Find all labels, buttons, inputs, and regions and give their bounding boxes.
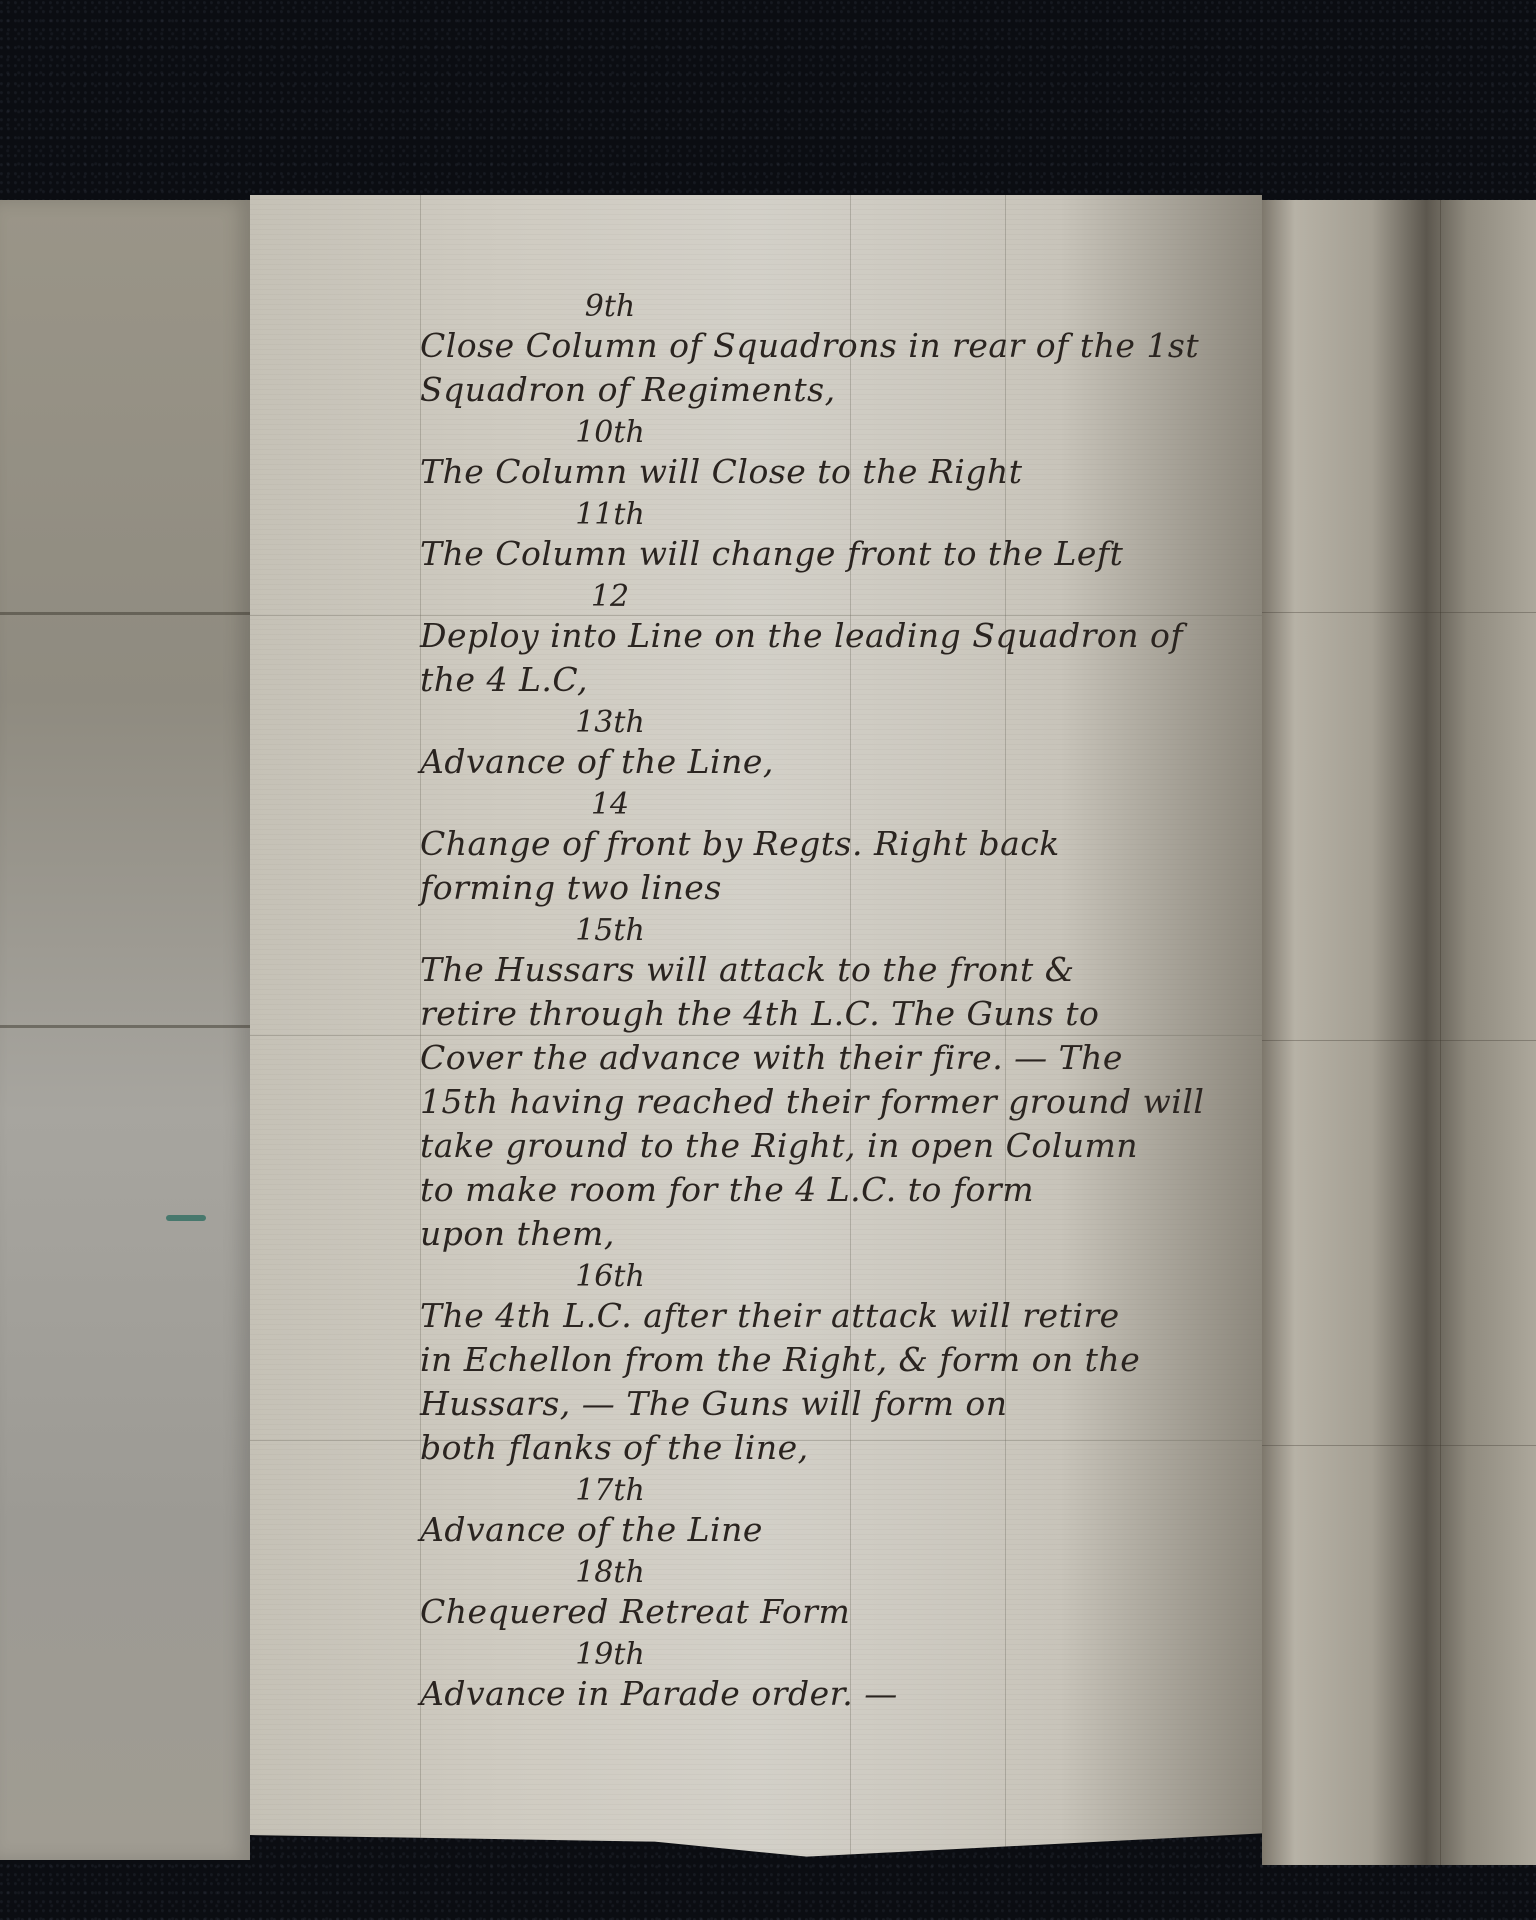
- entry-number: 12: [460, 580, 760, 614]
- entry-number: 19th: [460, 1638, 760, 1672]
- entry-text: Change of front by Regts. Right back for…: [420, 822, 1240, 910]
- fold-line: [1262, 1040, 1536, 1041]
- entry-14: 14 Change of front by Regts. Right back …: [420, 788, 1240, 910]
- entry-text: The 4th L.C. after their attack will ret…: [420, 1294, 1240, 1470]
- entry-15: 15th The Hussars will attack to the fron…: [420, 914, 1240, 1256]
- entry-number: 18th: [460, 1556, 760, 1590]
- entry-19: 19th Advance in Parade order. —: [420, 1638, 1240, 1716]
- entry-number: 17th: [460, 1474, 760, 1508]
- entry-text: The Column will Close to the Right: [420, 450, 1240, 494]
- entry-11: 11th The Column will change front to the…: [420, 498, 1240, 576]
- entry-9: 9th Close Column of Squadrons in rear of…: [420, 290, 1240, 412]
- right-folded-panel: [1262, 200, 1536, 1865]
- fold-line: [1262, 1445, 1536, 1446]
- entry-number: 15th: [460, 914, 760, 948]
- entry-number: 14: [460, 788, 760, 822]
- entry-number: 9th: [460, 290, 760, 324]
- fold-line: [0, 1025, 250, 1028]
- entry-number: 11th: [460, 498, 760, 532]
- entry-12: 12 Deploy into Line on the leading Squad…: [420, 580, 1240, 702]
- fold-line: [0, 612, 250, 615]
- fold-line: [1262, 612, 1536, 613]
- entry-text: Chequered Retreat Form: [420, 1590, 1240, 1634]
- entry-text: Close Column of Squadrons in rear of the…: [420, 324, 1240, 412]
- entry-text: Deploy into Line on the leading Squadron…: [420, 614, 1240, 702]
- entry-17: 17th Advance of the Line: [420, 1474, 1240, 1552]
- entry-text: The Hussars will attack to the front & r…: [420, 948, 1240, 1256]
- entry-number: 10th: [460, 416, 760, 450]
- entry-number: 13th: [460, 706, 760, 740]
- entry-18: 18th Chequered Retreat Form: [420, 1556, 1240, 1634]
- entry-text: Advance of the Line: [420, 1508, 1240, 1552]
- entry-16: 16th The 4th L.C. after their attack wil…: [420, 1260, 1240, 1470]
- manuscript-text: 9th Close Column of Squadrons in rear of…: [420, 290, 1240, 1720]
- entry-10: 10th The Column will Close to the Right: [420, 416, 1240, 494]
- manuscript-page: 9th Close Column of Squadrons in rear of…: [250, 195, 1262, 1860]
- entry-13: 13th Advance of the Line,: [420, 706, 1240, 784]
- entry-text: Advance of the Line,: [420, 740, 1240, 784]
- green-ink-mark: [166, 1215, 206, 1221]
- entry-text: The Column will change front to the Left: [420, 532, 1240, 576]
- entry-number: 16th: [460, 1260, 760, 1294]
- entry-text: Advance in Parade order. —: [420, 1672, 1240, 1716]
- fold-line: [1440, 200, 1441, 1865]
- left-folded-panel: [0, 200, 250, 1860]
